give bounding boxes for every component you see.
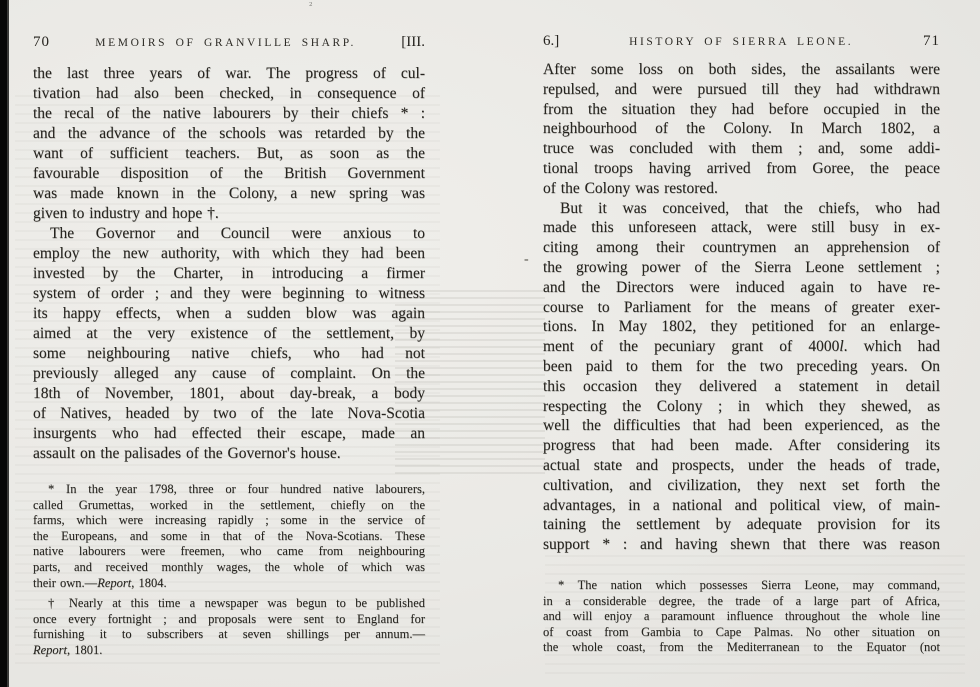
text-line: was made known in the Colony, a new spri… (33, 184, 425, 204)
text-line: cultivation, and civilization, they next… (543, 476, 940, 496)
text-line: favourable disposition of the British Go… (33, 164, 425, 184)
paragraph: † Nearly at this time a newspaper was be… (33, 596, 425, 658)
right-page: 6.] HISTORY OF SIERRA LEONE. 71 After so… (543, 0, 940, 687)
text-line: the whole coast, from the Mediterranean … (543, 640, 940, 656)
running-head-right: 6.] HISTORY OF SIERRA LEONE. 71 (543, 33, 940, 50)
text-line: the last three years of war. The progres… (33, 64, 425, 84)
text-line: ment of the pecuniary grant of 4000l. wh… (543, 337, 940, 357)
text-line: Report, 1801. (33, 643, 425, 659)
text-line: of coast from Gambia to Cape Palmas. No … (543, 625, 940, 641)
section-marker-left: [III. (401, 34, 425, 51)
text-line: called Grumettas, worked in the settleme… (33, 498, 425, 514)
text-line: invested by the Charter, in introducing … (33, 264, 425, 284)
paragraph: After some loss on both sides, the assai… (543, 60, 940, 199)
text-line: its happy effects, when a sudden blow wa… (33, 304, 425, 324)
text-line: But it was conceived, that the chiefs, w… (543, 199, 940, 219)
text-line: once every fortnight ; and proposals wer… (33, 612, 425, 628)
text-line: 18th of November, 1801, about day-break,… (33, 384, 425, 404)
text-line: their own.—Report, 1804. (33, 576, 425, 592)
text-line: the recal of the native labourers by the… (33, 104, 425, 124)
text-line: given to industry and hope †. (33, 204, 425, 224)
text-line: After some loss on both sides, the assai… (543, 60, 940, 80)
text-line: * The nation which possesses Sierra Leon… (543, 578, 940, 594)
body-text-left: the last three years of war. The progres… (33, 64, 425, 464)
text-line: previously alleged any cause of complain… (33, 364, 425, 384)
paragraph: * The nation which possesses Sierra Leon… (543, 578, 940, 656)
body-text-right: After some loss on both sides, the assai… (543, 60, 940, 555)
text-line: taining the settlement by adequate provi… (543, 515, 940, 535)
text-line: this occasion they delivered a statement… (543, 377, 940, 397)
text-line: system of order ; and they were beginnin… (33, 284, 425, 304)
text-line: from the situation they had before occup… (543, 100, 940, 120)
page-number-left: 70 (33, 34, 50, 51)
left-page: 70 MEMOIRS OF GRANVILLE SHARP. [III. the… (33, 0, 425, 687)
page-number-right: 71 (923, 33, 940, 50)
text-line: been paid to them for the two preceding … (543, 357, 940, 377)
text-line: respecting the Colony ; in which they sh… (543, 397, 940, 417)
text-line: tions. In May 1802, they petitioned for … (543, 317, 940, 337)
text-line: progress that had been made. After consi… (543, 436, 940, 456)
text-line: support * : and having shewn that there … (543, 535, 940, 555)
book-scan-spread: ² - 70 MEMOIRS OF GRANVILLE SHARP. [III.… (0, 0, 980, 687)
text-line: tivation had also been checked, in conse… (33, 84, 425, 104)
text-line: furnishing it to subscribers at seven sh… (33, 627, 425, 643)
text-line: employ the new authority, with which the… (33, 244, 425, 264)
text-line: the Europeans, and some in that of the N… (33, 529, 425, 545)
text-line: assault on the palisades of the Governor… (33, 444, 425, 464)
footnotes-left: * In the year 1798, three or four hundre… (33, 482, 425, 659)
text-line: repulsed, and were pursued till they had… (543, 80, 940, 100)
paragraph: But it was conceived, that the chiefs, w… (543, 199, 940, 555)
text-line: course to Parliament for the means of gr… (543, 298, 940, 318)
text-line: the growing power of the Sierra Leone se… (543, 258, 940, 278)
text-line: of Natives, headed by two of the late No… (33, 404, 425, 424)
text-line: tional troops having arrived from Goree,… (543, 159, 940, 179)
running-title-left: MEMOIRS OF GRANVILLE SHARP. (50, 37, 401, 49)
paragraph: The Governor and Council were anxious to… (33, 224, 425, 464)
text-line: citing among their countrymen an apprehe… (543, 238, 940, 258)
footnotes-right: * The nation which possesses Sierra Leon… (543, 578, 940, 656)
text-line: parts, and received monthly wages, the w… (33, 560, 425, 576)
text-line: native labourers were freemen, who came … (33, 544, 425, 560)
text-line: The Governor and Council were anxious to (33, 224, 425, 244)
scan-margin-dash: - (524, 252, 529, 268)
text-line: insurgents who had effected their escape… (33, 424, 425, 444)
running-head-left: 70 MEMOIRS OF GRANVILLE SHARP. [III. (33, 34, 425, 51)
text-line: aimed at the very existence of the settl… (33, 324, 425, 344)
text-line: and the advance of the schools was retar… (33, 124, 425, 144)
running-title-right: HISTORY OF SIERRA LEONE. (559, 36, 923, 48)
text-line: in a considerable degree, the trade of a… (543, 594, 940, 610)
text-line: made this unforeseen attack, were still … (543, 218, 940, 238)
text-line: advantages, in a national and political … (543, 496, 940, 516)
text-line: and the Directors were induced again to … (543, 278, 940, 298)
text-line: † Nearly at this time a newspaper was be… (33, 596, 425, 612)
text-line: some neighbouring native chiefs, who had… (33, 344, 425, 364)
text-line: truce was concluded with them ; and, som… (543, 139, 940, 159)
text-line: of the Colony was restored. (543, 179, 940, 199)
paragraph: the last three years of war. The progres… (33, 64, 425, 224)
text-line: and will enjoy a paramount influence thr… (543, 609, 940, 625)
paragraph: * In the year 1798, three or four hundre… (33, 482, 425, 591)
text-line: actual state and prospects, under the he… (543, 456, 940, 476)
section-marker-right: 6.] (543, 33, 559, 50)
text-line: * In the year 1798, three or four hundre… (33, 482, 425, 498)
scan-edge-strip (0, 0, 10, 687)
text-line: well the difficulties that had been expe… (543, 416, 940, 436)
text-line: farms, which were increasing rapidly ; s… (33, 513, 425, 529)
text-line: neighbourhood of the Colony. In March 18… (543, 119, 940, 139)
text-line: want of sufficient teachers. But, as soo… (33, 144, 425, 164)
